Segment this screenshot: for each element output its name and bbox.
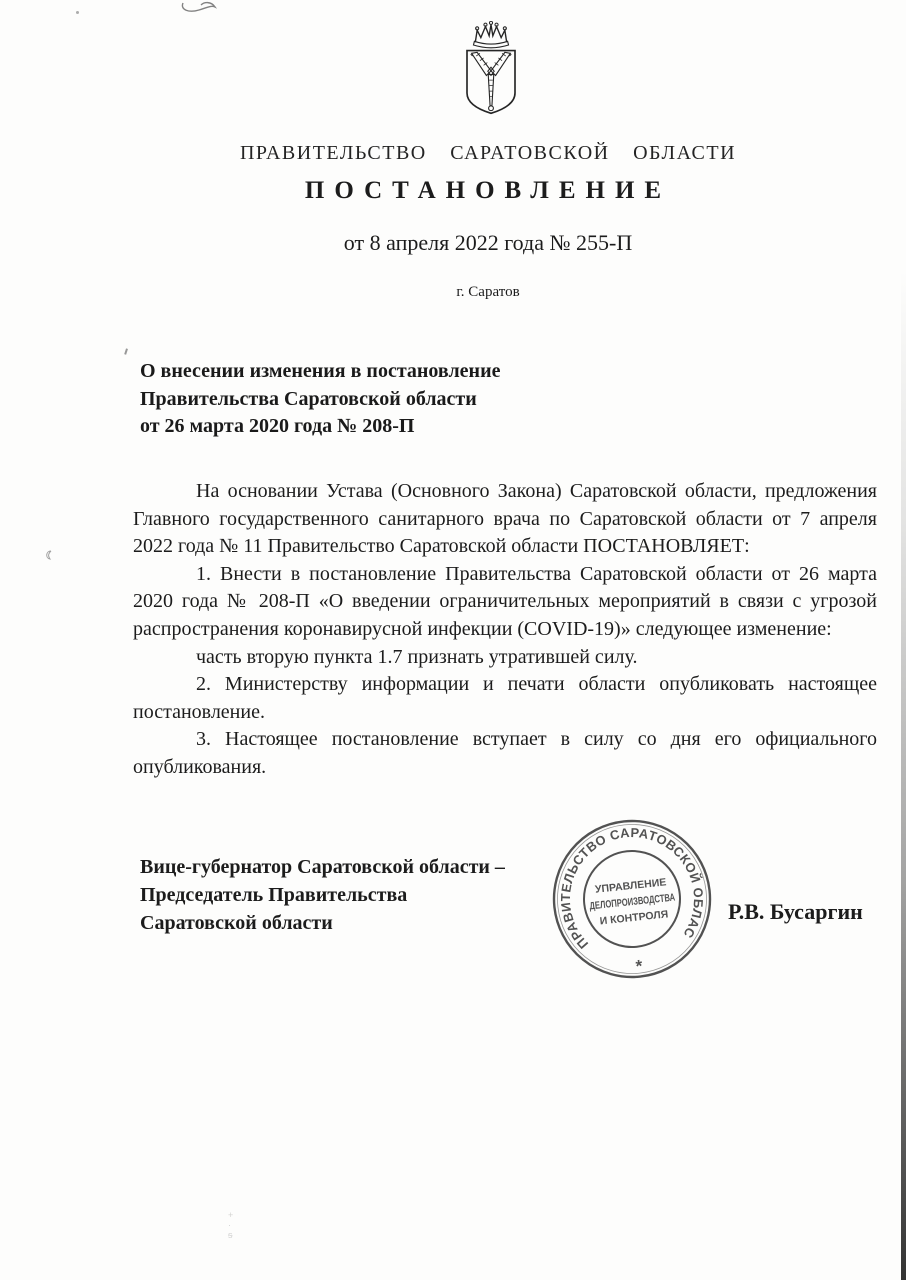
saratov-oblast-coat-of-arms-icon [461, 21, 521, 117]
document-title: О внесении изменения в постановление Пра… [140, 358, 500, 441]
signature-line: Председатель Правительства [140, 881, 505, 909]
date-and-number-line: от 8 апреля 2022 года № 255-П [70, 230, 906, 256]
signature-position-block: Вице-губернатор Саратовской области – Пр… [140, 853, 505, 937]
organization-name: ПРАВИТЕЛЬСТВО САРАТОВСКОЙ ОБЛАСТИ [70, 142, 906, 165]
body-paragraph: 1. Внести в постановление Правительства … [133, 561, 877, 644]
title-line: О внесении изменения в постановление [140, 358, 500, 386]
document-page: +·ᵴ [0, 0, 906, 1280]
place-line: г. Саратов [70, 284, 906, 301]
signature-line: Саратовской области [140, 909, 505, 937]
shield-with-sterlets-icon [467, 51, 515, 114]
scan-squiggle-mark [180, 0, 218, 16]
scan-tick-artifact [124, 348, 131, 355]
crown-icon [473, 21, 508, 47]
document-type-heading: ПОСТАНОВЛЕНИЕ [70, 177, 906, 205]
official-round-stamp: ПРАВИТЕЛЬСТВО САРАТОВСКОЙ ОБЛАСТИ * УПРА… [548, 815, 716, 983]
body-paragraph: 2. Министерству информации и печати обла… [133, 671, 877, 726]
document-body: На основании Устава (Основного Закона) С… [133, 478, 877, 782]
signer-name: Р.В. Бусаргин [728, 899, 863, 925]
scan-margin-mark [44, 549, 54, 561]
body-paragraph: 3. Настоящее постановление вступает в си… [133, 726, 877, 781]
title-line: Правительства Саратовской области [140, 386, 500, 414]
scan-edge-shadow [901, 270, 906, 1280]
stamp-bottom-asterisk: * [635, 956, 644, 976]
scan-bottom-smudge: +·ᵴ [228, 1210, 242, 1240]
body-paragraph: На основании Устава (Основного Закона) С… [133, 478, 877, 561]
signature-line: Вице-губернатор Саратовской области – [140, 853, 505, 881]
stamp-center-line: И КОНТРОЛЯ [599, 908, 669, 927]
title-line: от 26 марта 2020 года № 208-П [140, 413, 500, 441]
scan-dot-artifact [76, 11, 79, 14]
body-paragraph: часть вторую пункта 1.7 признать утратив… [133, 644, 877, 672]
